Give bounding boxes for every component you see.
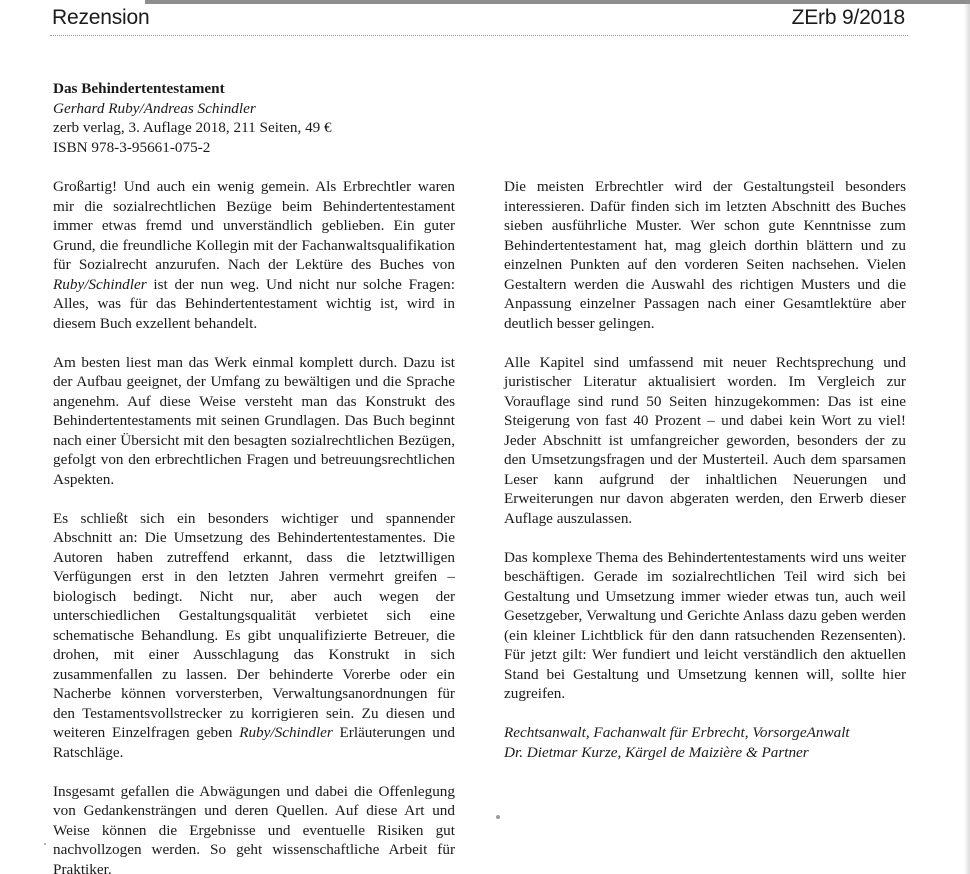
page-header: Rezension ZErb 9/2018 xyxy=(52,6,905,38)
issue-label: ZErb 9/2018 xyxy=(792,6,905,30)
section-label: Rezension xyxy=(52,6,149,30)
review-paragraph: Die meisten Erbrechtler wird der Gestalt… xyxy=(504,177,906,333)
scan-speck xyxy=(44,843,46,845)
review-column-right: Die meisten Erbrechtler wird der Gestalt… xyxy=(504,177,906,762)
header-divider xyxy=(50,35,908,36)
review-paragraph: Es schließt sich ein besonders wichtiger… xyxy=(53,509,455,763)
scan-top-bar xyxy=(145,0,970,4)
review-paragraph: Großartig! Und auch ein wenig gemein. Al… xyxy=(53,177,455,333)
review-paragraph: Alle Kapitel sind umfassend mit neuer Re… xyxy=(504,353,906,529)
review-paragraph: Am besten liest man das Werk einmal komp… xyxy=(53,353,455,490)
scan-speck xyxy=(496,815,500,819)
author-reference: Ruby/Schindler xyxy=(239,724,333,741)
review-paragraph: Das komplexe Thema des Behindertentestam… xyxy=(504,548,906,704)
scan-edge-shadow xyxy=(964,0,970,874)
book-isbn: ISBN 978-3-95661-075-2 xyxy=(53,138,473,158)
book-info: Das Behindertentestament Gerhard Ruby/An… xyxy=(53,79,473,157)
reviewer-signature: Rechtsanwalt, Fachanwalt für Erbrecht, V… xyxy=(504,723,906,762)
reviewer-title: Rechtsanwalt, Fachanwalt für Erbrecht, V… xyxy=(504,723,906,743)
book-publisher-line: zerb verlag, 3. Auflage 2018, 211 Seiten… xyxy=(53,118,473,138)
author-reference: Ruby/Schindler xyxy=(53,276,147,293)
review-column-left: Großartig! Und auch ein wenig gemein. Al… xyxy=(53,177,455,874)
book-title: Das Behindertentestament xyxy=(53,79,473,99)
reviewer-name: Dr. Dietmar Kurze, Kärgel de Maizière & … xyxy=(504,743,906,763)
review-paragraph: Insgesamt gefallen die Abwägungen und da… xyxy=(53,782,455,874)
book-authors: Gerhard Ruby/Andreas Schindler xyxy=(53,99,473,119)
